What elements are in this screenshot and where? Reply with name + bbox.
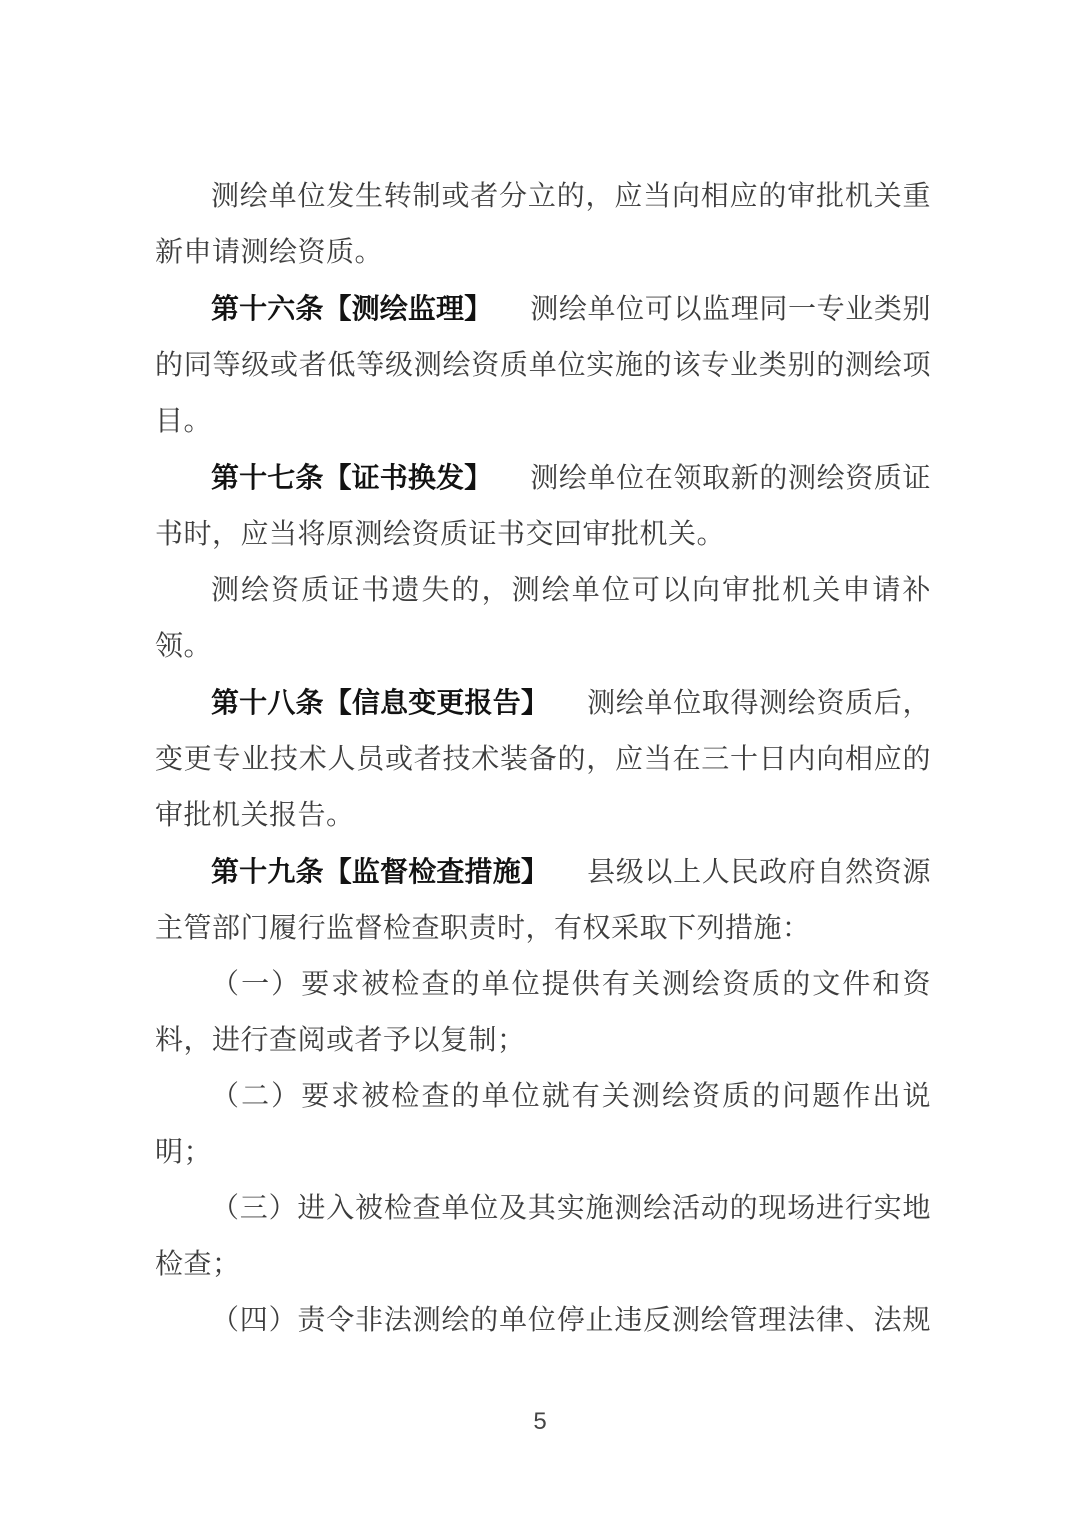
paragraph: 第十六条【测绘监理】测绘单位可以监理同一专业类别的同等级或者低等级测绘资质单位实…	[155, 281, 931, 450]
page-footer: 5	[0, 1408, 1080, 1436]
paragraph: 第十九条【监督检查措施】县级以上人民政府自然资源主管部门履行监督检查职责时，有权…	[155, 844, 931, 957]
paragraph: （二）要求被检查的单位就有关测绘资质的问题作出说明；	[155, 1069, 931, 1181]
paragraph: 第十八条【信息变更报告】测绘单位取得测绘资质后，变更专业技术人员或者技术装备的，…	[155, 675, 931, 844]
paragraph: （三）进入被检查单位及其实施测绘活动的现场进行实地检查；	[155, 1181, 931, 1293]
paragraph-text: （二）要求被检查的单位就有关测绘资质的问题作出说明；	[155, 1081, 931, 1168]
paragraph-text: （三）进入被检查单位及其实施测绘活动的现场进行实地检查；	[155, 1193, 931, 1280]
article-heading: 第十八条【信息变更报告】	[211, 687, 549, 718]
paragraph-text: （一）要求被检查的单位提供有关测绘资质的文件和资料，进行查阅或者予以复制；	[155, 969, 931, 1056]
paragraph: 测绘单位发生转制或者分立的，应当向相应的审批机关重新申请测绘资质。	[155, 169, 931, 281]
page-number: 5	[533, 1408, 546, 1435]
document-body: 测绘单位发生转制或者分立的，应当向相应的审批机关重新申请测绘资质。 第十六条【测…	[155, 169, 931, 1349]
paragraph-text: 测绘单位发生转制或者分立的，应当向相应的审批机关重新申请测绘资质。	[155, 181, 931, 268]
paragraph-text: （四）责令非法测绘的单位停止违反测绘管理法律、法规	[211, 1305, 931, 1336]
paragraph: （一）要求被检查的单位提供有关测绘资质的文件和资料，进行查阅或者予以复制；	[155, 957, 931, 1069]
paragraph: 测绘资质证书遗失的，测绘单位可以向审批机关申请补领。	[155, 563, 931, 675]
article-heading: 第十九条【监督检查措施】	[211, 856, 549, 887]
paragraph-text: 测绘资质证书遗失的，测绘单位可以向审批机关申请补领。	[155, 575, 931, 662]
paragraph: （四）责令非法测绘的单位停止违反测绘管理法律、法规	[155, 1293, 931, 1349]
article-heading: 第十七条【证书换发】	[211, 462, 492, 493]
article-heading: 第十六条【测绘监理】	[211, 293, 492, 324]
document-page: 测绘单位发生转制或者分立的，应当向相应的审批机关重新申请测绘资质。 第十六条【测…	[0, 0, 1080, 1527]
paragraph: 第十七条【证书换发】测绘单位在领取新的测绘资质证书时，应当将原测绘资质证书交回审…	[155, 450, 931, 563]
